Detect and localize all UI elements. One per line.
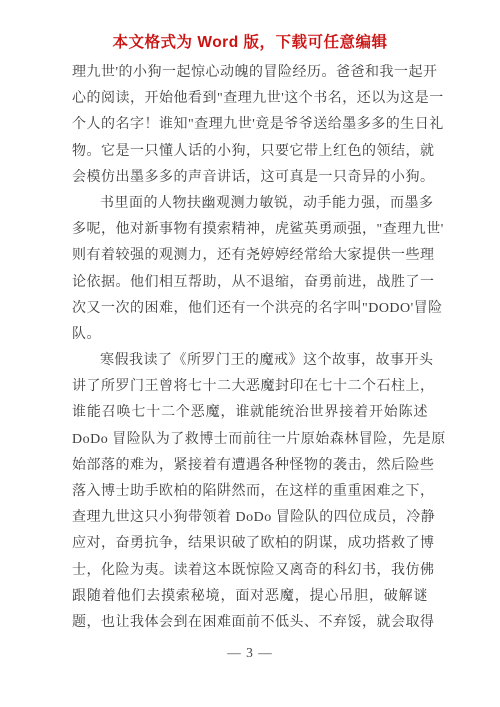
text-line: 讲了所罗门王曾将七十二大恶魔封印在七十二个石柱上， xyxy=(72,374,428,400)
text-line: 论依据。他们相互帮助，从不退缩，奋勇前进，战胜了一 xyxy=(72,270,428,296)
text-line: 落入博士助手欧柏的陷阱然而，在这样的重重困难之下， xyxy=(72,479,428,505)
text-line: 寒假我读了《所罗门王的魔戒》这个故事，故事开头 xyxy=(72,348,428,374)
text-line: 跟随着他们去摸索秘境，面对恶魔，提心吊胆，破解谜 xyxy=(72,584,428,610)
text-line: 理九世'的小狗一起惊心动魄的冒险经历。爸爸和我一起开 xyxy=(72,60,428,86)
text-line: 队。 xyxy=(72,322,428,348)
text-line: 心的阅读，开始他看到"查理九世'这个书名，还以为这是一 xyxy=(72,86,428,112)
text-line: 始部落的难为，紧接着有遭遇各种怪物的袭击，然后险些 xyxy=(72,453,428,479)
document-page: 本文格式为 Word 版，下载可任意编辑 理九世'的小狗一起惊心动魄的冒险经历。… xyxy=(0,0,500,707)
text-line: 多呢，他对新事物有摸索精神，虎鲨英勇顽强，"查理九世' xyxy=(72,217,428,243)
word-format-notice: 本文格式为 Word 版，下载可任意编辑 xyxy=(0,30,500,52)
text-line: 士，化险为夷。读着这本既惊险又离奇的科幻书，我仿佛 xyxy=(72,558,428,584)
text-line: 会模仿出墨多多的声音讲话，这可真是一只奇异的小狗。 xyxy=(72,165,428,191)
page-number: — 3 — xyxy=(0,645,500,661)
text-line: 个人的名字！谁知"查理九世'竟是爷爷送给墨多多的生日礼 xyxy=(72,112,428,138)
text-line: DoDo 冒险队为了救博士而前往一片原始森林冒险，先是原 xyxy=(72,427,428,453)
text-line: 书里面的人物扶幽观测力敏锐，动手能力强，而墨多 xyxy=(72,191,428,217)
text-line: 次又一次的困难，他们还有一个洪亮的名字叫"DODO'冒险 xyxy=(72,296,428,322)
text-line: 谁能召唤七十二个恶魔，谁就能统治世界接着开始陈述 xyxy=(72,400,428,426)
text-line: 题，也让我体会到在困难面前不低头、不弃馁，就会取得 xyxy=(72,610,428,636)
text-line: 查理九世这只小狗带领着 DoDo 冒险队的四位成员，冷静 xyxy=(72,505,428,531)
document-lines: 理九世'的小狗一起惊心动魄的冒险经历。爸爸和我一起开心的阅读，开始他看到"查理九… xyxy=(72,60,428,636)
text-line: 应对，奋勇抗争，结果识破了欧柏的阴谋，成功搭救了博 xyxy=(72,531,428,557)
text-line: 物。它是一只懂人话的小狗，只要它带上红色的领结，就 xyxy=(72,139,428,165)
text-line: 则有着较强的观测力，还有尧婷婷经常给大家提供一些理 xyxy=(72,243,428,269)
